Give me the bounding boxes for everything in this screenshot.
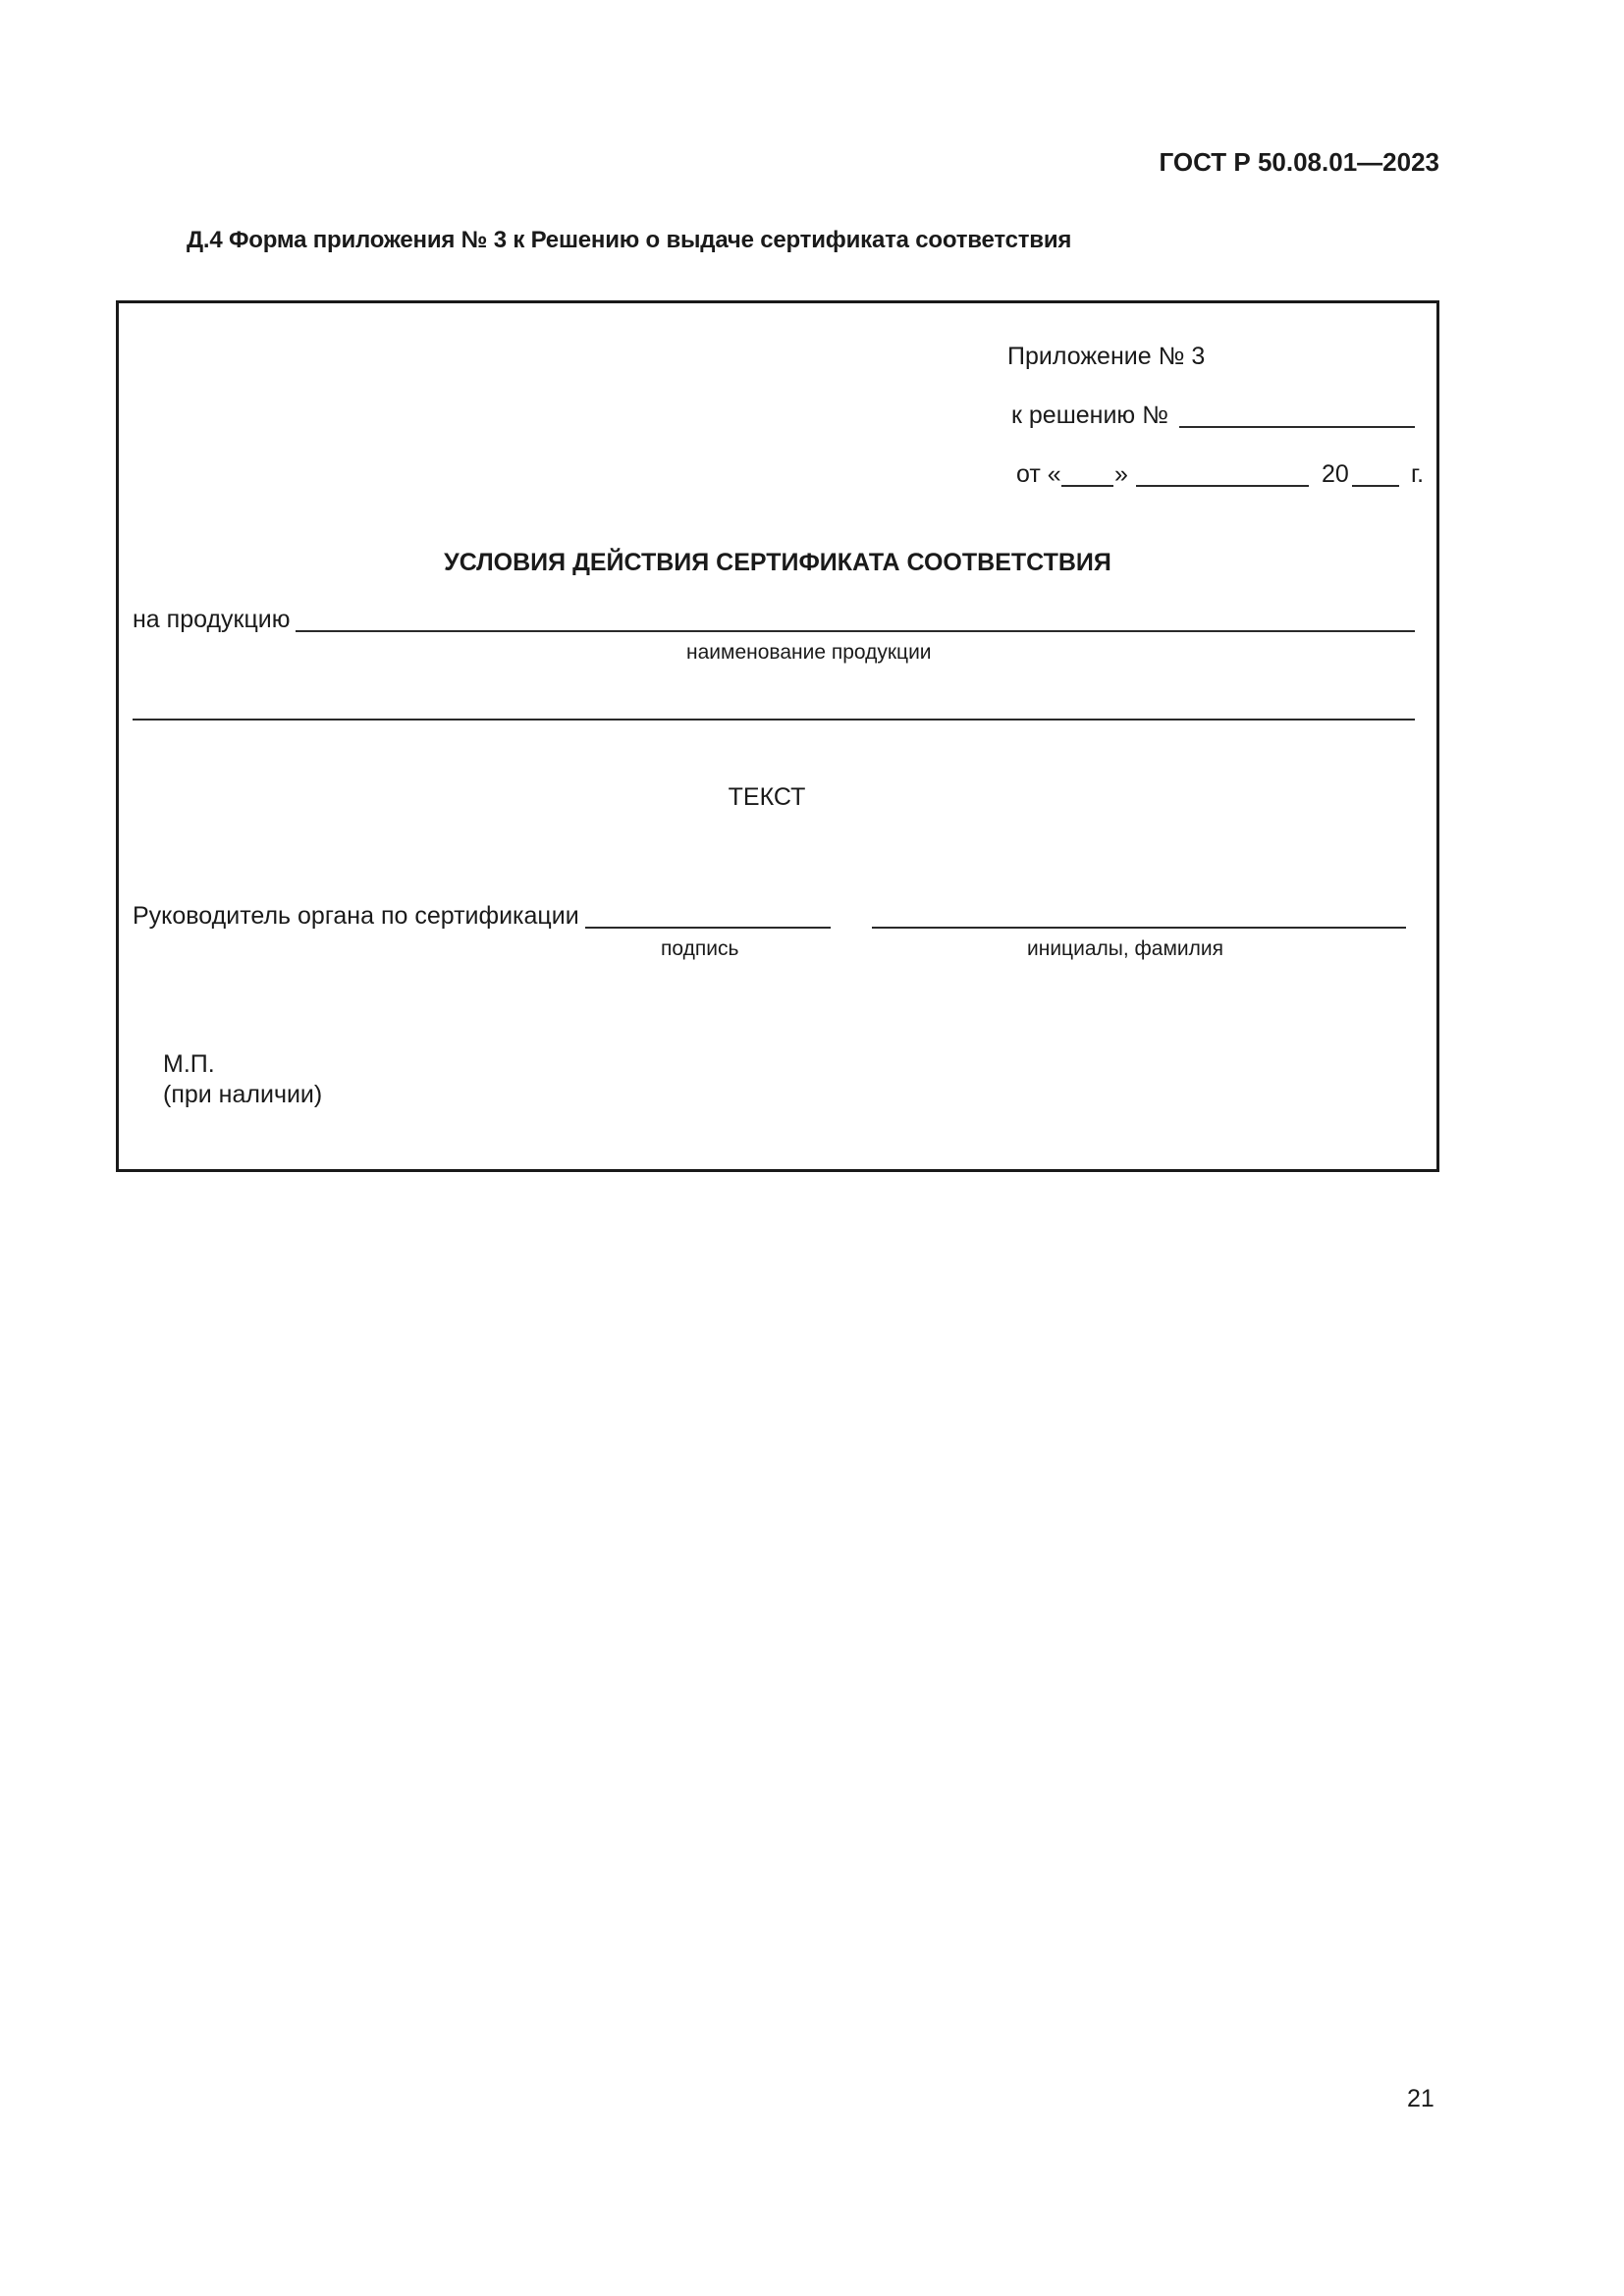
body-text: ТЕКСТ: [119, 785, 1415, 810]
product-label: на продукцию: [133, 608, 291, 632]
signature-field[interactable]: [585, 927, 831, 929]
decision-number-field[interactable]: [1179, 426, 1415, 428]
product-name-field[interactable]: [296, 630, 1415, 632]
product-caption: наименование продукции: [686, 642, 932, 663]
standard-code: ГОСТ Р 50.08.01—2023: [1160, 147, 1439, 178]
signatory-label: Руководитель органа по сертификации: [133, 904, 579, 929]
appendix-label: Приложение № 3: [1007, 345, 1205, 369]
date-prefix: от «: [1016, 462, 1061, 487]
name-caption: инициалы, фамилия: [1027, 938, 1223, 959]
date-year-field[interactable]: [1352, 485, 1399, 487]
date-day-field[interactable]: [1061, 485, 1113, 487]
page-number: 21: [1407, 2085, 1435, 2113]
date-month-field[interactable]: [1136, 485, 1309, 487]
product-name-field-continued[interactable]: [133, 719, 1415, 721]
section-title: Д.4 Форма приложения № 3 к Решению о выд…: [187, 227, 1071, 254]
name-field[interactable]: [872, 927, 1406, 929]
date-year-prefix: 20: [1322, 462, 1349, 487]
date-quote-close: »: [1114, 462, 1128, 487]
form-title: УСЛОВИЯ ДЕЙСТВИЯ СЕРТИФИКАТА СООТВЕТСТВИ…: [119, 551, 1436, 575]
decision-label: к решению №: [1011, 403, 1168, 428]
date-year-suffix: г.: [1411, 462, 1424, 487]
signature-caption: подпись: [661, 938, 738, 959]
form-frame: Приложение № 3 к решению № от « » 20 г. …: [116, 300, 1439, 1172]
stamp-label: М.П.: [163, 1052, 215, 1077]
stamp-note: (при наличии): [163, 1083, 322, 1107]
